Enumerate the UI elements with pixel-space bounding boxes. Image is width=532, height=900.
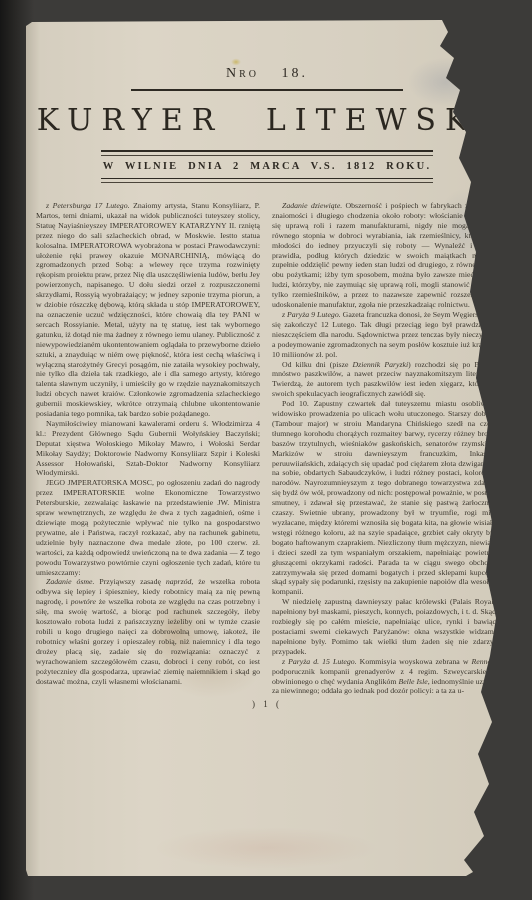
italic-text: Zadanie ósme. xyxy=(46,577,94,586)
newspaper-page: Nro 18. KURYER LITEWSKI W WILNIE DNIA 2 … xyxy=(26,20,508,876)
masthead-title: KURYER LITEWSKI xyxy=(26,103,508,138)
dateline: W WILNIE DNIA 2 MARCA V.S. 1812 ROKU. xyxy=(26,161,508,172)
body-text: Znaiomy artysta, Stanu Konsyliiarz, P. M… xyxy=(36,201,260,418)
masthead: Nro 18. KURYER LITEWSKI W WILNIE DNIA 2 … xyxy=(26,66,508,183)
italic-text: Dziennik Paryzki xyxy=(353,360,409,369)
body-text: Przyiąwszy zasadę xyxy=(94,577,165,586)
divider-below-dateline xyxy=(101,178,433,183)
italic-text: Rennes xyxy=(472,657,495,666)
italic-text: Belle Isle xyxy=(398,677,427,686)
article-body: z Petersburga 17 Lutego. Znaiomy artysta… xyxy=(26,201,508,696)
italic-text: powtóre xyxy=(71,597,96,606)
page-signature: ) 1 ( xyxy=(26,699,508,709)
paragraph: z Paryża 9 Lutego. Gazeta francuzka dono… xyxy=(272,310,496,360)
body-text: W niedzielę zapustną dawnieyszy pałac kr… xyxy=(272,597,496,656)
italic-text: z Paryża 9 Lutego. xyxy=(282,310,341,319)
body-text: Od kilku dni (pisze xyxy=(282,360,353,369)
paragraph: z Petersburga 17 Lutego. Znaiomy artysta… xyxy=(36,201,260,419)
paragraph: Naymiłościwiey mianowani kawalerami orde… xyxy=(36,419,260,478)
issue-number: Nro 18. xyxy=(26,66,508,82)
body-text: że wszelka robota ze względu na czas pot… xyxy=(36,597,260,685)
paragraph: W niedzielę zapustną dawnieyszy pałac kr… xyxy=(272,597,496,656)
right-column: Zadanie dziewiąte. Obszerność i pośpiech… xyxy=(272,201,496,696)
body-text: Obszerność i pośpiech w fabrykach zależy… xyxy=(272,201,496,309)
paragraph: z Paryża d. 15 Lutego. Kommisyia woyskow… xyxy=(272,657,496,697)
body-text: Naymiłościwiey mianowani kawalerami orde… xyxy=(36,419,260,478)
divider-under-issue xyxy=(131,89,403,91)
italic-text: Zadanie dziewiąte. xyxy=(282,201,342,210)
italic-text: naprzód xyxy=(166,577,192,586)
body-text: Pod 10. Zapustny czwartek dał tuteyszemu… xyxy=(272,399,496,596)
paragraph: Zadanie dziewiąte. Obszerność i pośpiech… xyxy=(272,201,496,310)
paragraph: Pod 10. Zapustny czwartek dał tuteyszemu… xyxy=(272,399,496,597)
italic-text: z Petersburga 17 Lutego. xyxy=(46,201,130,210)
body-text: JEGO JMPERATORSKA MOSC, po ogłoszeniu za… xyxy=(36,478,260,576)
body-text: Kommisyia woyskowa zebrana w xyxy=(357,657,472,666)
paragraph: Zadanie ósme. Przyiąwszy zasadę naprzód,… xyxy=(36,577,260,686)
left-column: z Petersburga 17 Lutego. Znaiomy artysta… xyxy=(36,201,260,696)
paragraph: Od kilku dni (pisze Dziennik Paryzki) ro… xyxy=(272,360,496,400)
paragraph: JEGO JMPERATORSKA MOSC, po ogłoszeniu za… xyxy=(36,478,260,577)
divider-above-dateline xyxy=(101,150,433,156)
italic-text: z Paryża d. 15 Lutego. xyxy=(282,657,357,666)
